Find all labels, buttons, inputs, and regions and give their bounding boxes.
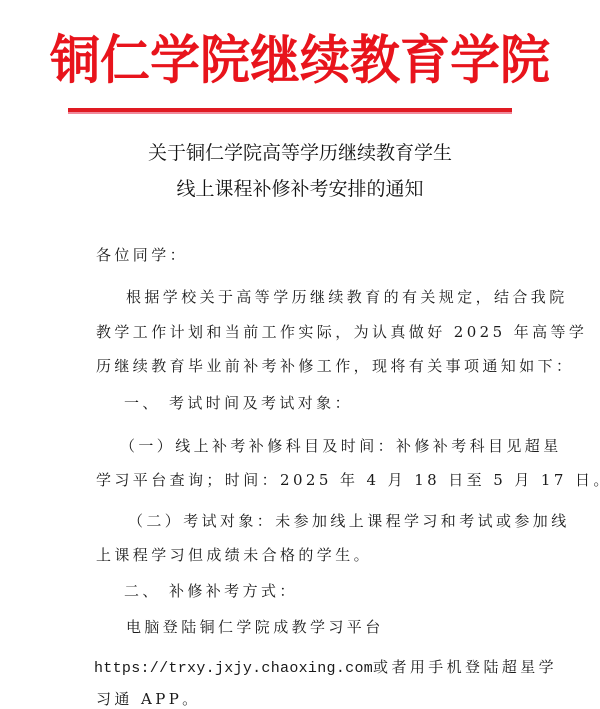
section2-line2-rest: 或者用手机登陆超星学 xyxy=(373,658,557,676)
section1-item2-line1: （二）考试对象：未参加线上课程学习和考试或参加线 xyxy=(128,510,570,531)
intro-line-1: 根据学校关于高等学历继续教育的有关规定，结合我院 xyxy=(126,286,568,307)
intro-line-2: 教学工作计划和当前工作实际，为认真做好 2025 年高等学 xyxy=(96,321,587,342)
masthead-divider-shadow xyxy=(68,112,512,114)
section2-line2: https://trxy.jxjy.chaoxing.com或者用手机登陆超星学 xyxy=(94,656,557,677)
institution-masthead: 铜仁学院继续教育学院 xyxy=(0,29,600,92)
section1-item1-line2: 学习平台查询；时间：2025 年 4 月 18 日至 5 月 17 日。 xyxy=(96,469,600,490)
section1-item2-line2: 上课程学习但成绩未合格的学生。 xyxy=(96,544,372,565)
platform-url-link[interactable]: https://trxy.jxjy.chaoxing.com xyxy=(94,660,373,677)
salutation: 各位同学： xyxy=(96,244,188,265)
section1-item1-line1: （一）线上补考补修科目及时间：补修补考科目见超星 xyxy=(120,435,562,456)
section2-line3: 习通 APP。 xyxy=(96,688,201,709)
section1-heading: 一、 考试时间及考试对象： xyxy=(124,392,353,413)
section2-heading: 二、 补修补考方式： xyxy=(124,580,298,601)
notice-title-line1: 关于铜仁学院高等学历继续教育学生 xyxy=(0,138,600,165)
notice-title-line2: 线上课程补修补考安排的通知 xyxy=(0,174,600,201)
section2-line1: 电脑登陆铜仁学院成教学习平台 xyxy=(126,616,384,637)
intro-line-3: 历继续教育毕业前补考补修工作，现将有关事项通知如下： xyxy=(96,355,574,376)
